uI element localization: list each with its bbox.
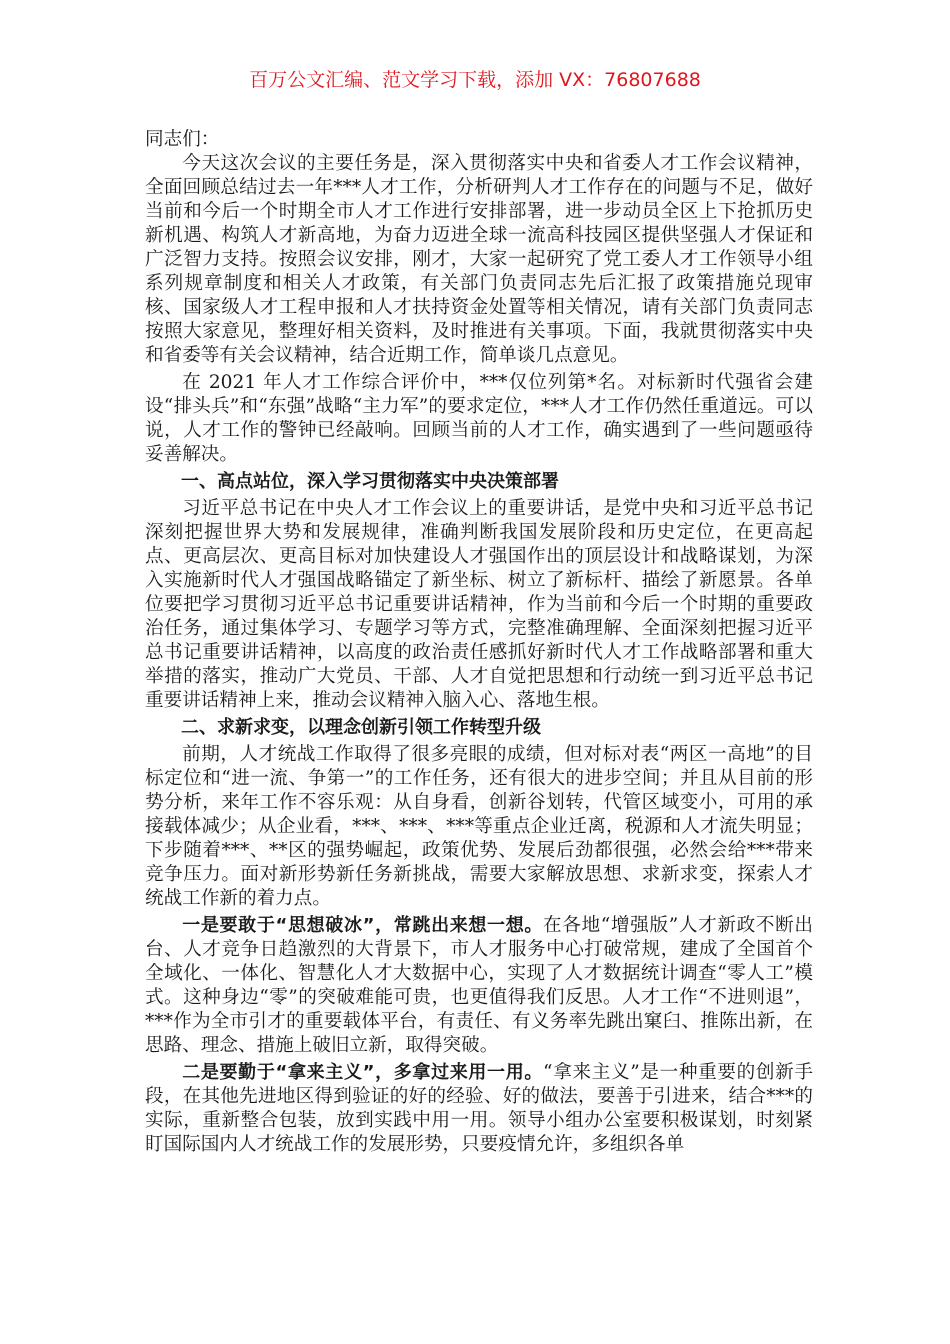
watermark-banner: 百万公文汇编、范文学习下载，添加 VX：76807688 [0,66,950,94]
paragraph-evaluation: 在 2021 年人才工作综合评价中，***仅位列第*名。对标新时代强省会建设“排… [145,371,813,467]
section-body-1: 习近平总书记在中央人才工作会议上的重要讲话，是党中央和习近平总书记深刻把握世界大… [145,497,813,713]
point-text-1: 在各地“增强版”人才新政不断出台、人才竞争日趋激烈的大背景下，市人才服务中心打破… [145,915,813,1056]
section-body-2: 前期，人才统战工作取得了很多亮眼的成绩，但对标对表“两区一高地”的目标定位和“进… [145,743,813,911]
document-body: 同志们： 今天这次会议的主要任务是，深入贯彻落实中央和省委人才工作会议精神，全面… [145,128,813,1160]
point-paragraph-2: 二是要勤于“拿来主义”，多拿过来用一用。“拿来主义”是一种重要的创新手段，在其他… [145,1061,813,1157]
point-paragraph-1: 一是要敢于“思想破冰”，常跳出来想一想。在各地“增强版”人才新政不断出台、人才竞… [145,914,813,1058]
section-heading-1: 一、高点站位，深入学习贯彻落实中央决策部署 [145,470,813,494]
section-heading-2: 二、求新求变，以理念创新引领工作转型升级 [145,716,813,740]
point-lead-1: 一是要敢于“思想破冰”，常跳出来想一想。 [182,915,543,936]
point-lead-2: 二是要勤于“拿来主义”，多拿过来用一用。 [182,1062,543,1083]
salutation: 同志们： [145,128,813,152]
paragraph-intro: 今天这次会议的主要任务是，深入贯彻落实中央和省委人才工作会议精神，全面回顾总结过… [145,152,813,368]
